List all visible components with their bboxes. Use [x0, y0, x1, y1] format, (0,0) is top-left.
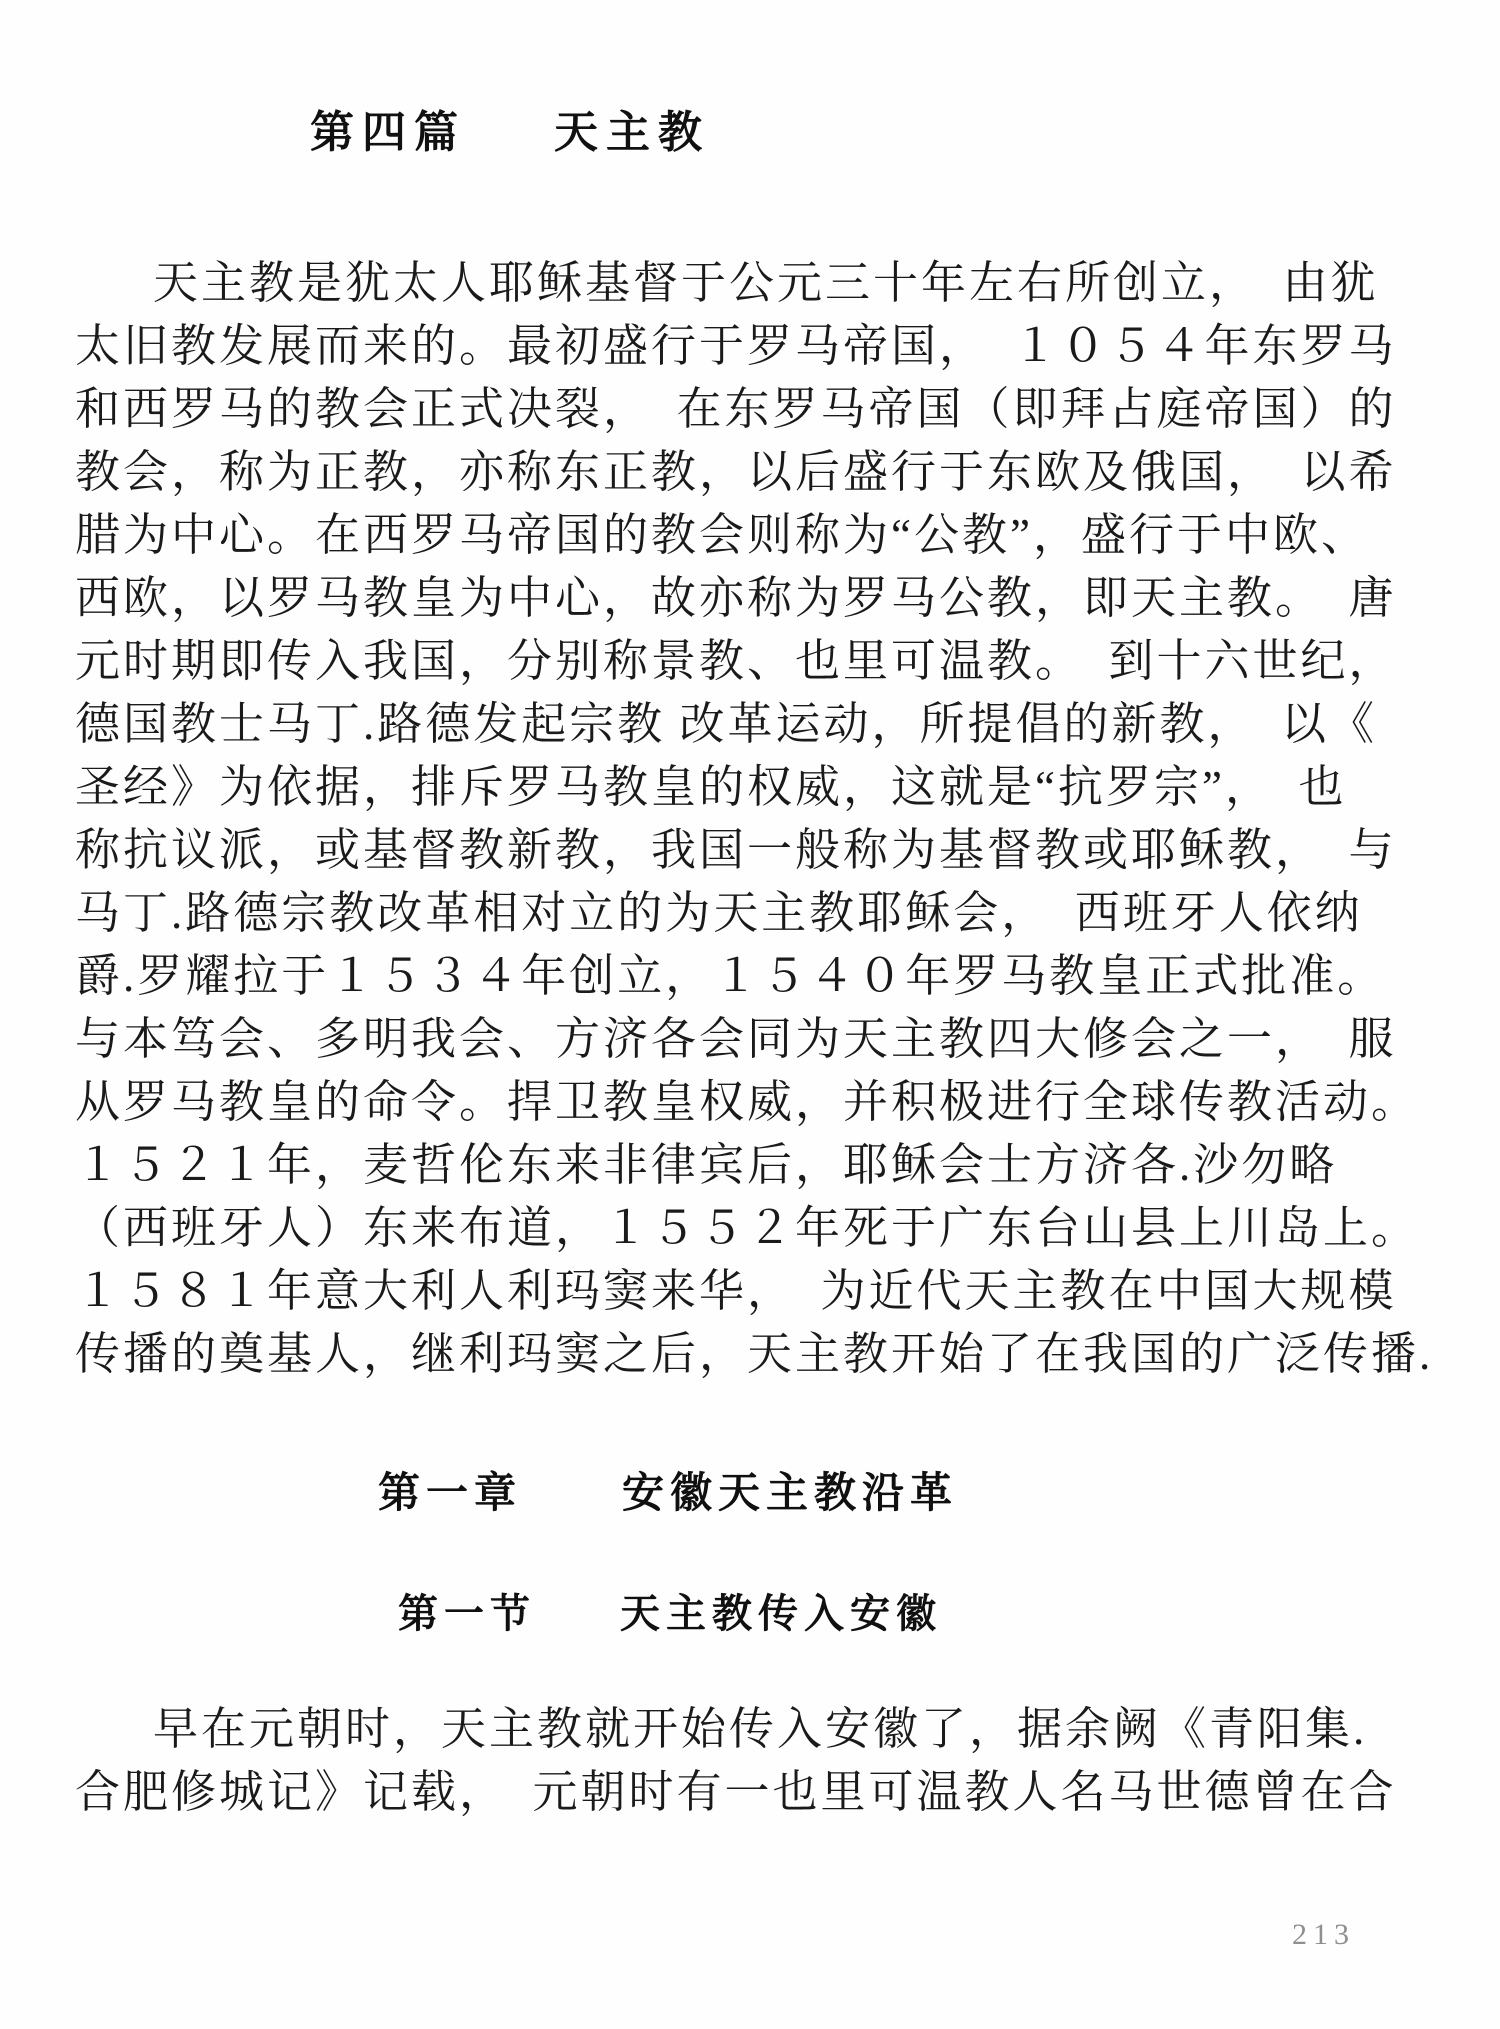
paragraph-line: 爵.罗耀拉于１５３４年创立，１５４０年罗马教皇正式批准。	[75, 945, 1465, 1008]
paragraph-line: 圣经》为依据，排斥罗马教皇的权威，这就是“抗罗宗”， 也	[75, 756, 1465, 819]
scanned-book-page: 第四篇 天主教 天主教是犹太人耶稣基督于公元三十年左右所创立， 由犹 太旧教发展…	[0, 0, 1500, 2029]
paragraph-line: 元时期即传入我国，分别称景教、也里可温教。 到十六世纪，	[75, 630, 1465, 693]
section-heading: 第一节 天主教传入安徽	[398, 1582, 942, 1639]
paragraph-line: 德国教士马丁.路德发起宗教 改革运动，所提倡的新教， 以《	[75, 693, 1465, 756]
part-number: 第四篇	[310, 96, 466, 160]
paragraph-line: 早在元朝时，天主教就开始传入安徽了，据余阙《青阳集.	[75, 1698, 1465, 1761]
paragraph-line: 天主教是犹太人耶稣基督于公元三十年左右所创立， 由犹	[75, 252, 1465, 315]
paragraph-line: 和西罗马的教会正式决裂， 在东罗马帝国（即拜占庭帝国）的	[75, 378, 1465, 441]
part-title-text: 天主教	[554, 96, 710, 160]
paragraph-line: 马丁.路德宗教改革相对立的为天主教耶稣会， 西班牙人依纳	[75, 882, 1465, 945]
page-number: 213	[1292, 1918, 1355, 1952]
chapter-title-text: 安徽天主教沿革	[622, 1460, 958, 1520]
chapter-number: 第一章	[378, 1460, 522, 1520]
intro-paragraph: 天主教是犹太人耶稣基督于公元三十年左右所创立， 由犹 太旧教发展而来的。最初盛行…	[75, 252, 1465, 1386]
paragraph-line: 传播的奠基人，继利玛窦之后，天主教开始了在我国的广泛传播.	[75, 1323, 1465, 1386]
paragraph-line: 腊为中心。在西罗马帝国的教会则称为“公教”，盛行于中欧、	[75, 504, 1465, 567]
section-number: 第一节	[398, 1582, 536, 1639]
paragraph-line: 称抗议派，或基督教新教，我国一般称为基督教或耶稣教， 与	[75, 819, 1465, 882]
section-body-paragraph: 早在元朝时，天主教就开始传入安徽了，据余阙《青阳集. 合肥修城记》记载， 元朝时…	[75, 1698, 1465, 1824]
section-title-text: 天主教传入安徽	[620, 1582, 942, 1639]
part-title: 第四篇 天主教	[310, 96, 710, 160]
paragraph-line: 教会，称为正教，亦称东正教，以后盛行于东欧及俄国， 以希	[75, 441, 1465, 504]
paragraph-line: 太旧教发展而来的。最初盛行于罗马帝国， １０５４年东罗马	[75, 315, 1465, 378]
paragraph-line: １５２１年，麦哲伦东来非律宾后，耶稣会士方济各.沙勿略	[75, 1134, 1465, 1197]
paragraph-line: 合肥修城记》记载， 元朝时有一也里可温教人名马世德曾在合	[75, 1761, 1465, 1824]
chapter-heading: 第一章 安徽天主教沿革	[378, 1460, 958, 1520]
paragraph-line: 从罗马教皇的命令。捍卫教皇权威，并积极进行全球传教活动。	[75, 1071, 1465, 1134]
paragraph-line: 西欧，以罗马教皇为中心，故亦称为罗马公教，即天主教。 唐	[75, 567, 1465, 630]
paragraph-line: 与本笃会、多明我会、方济各会同为天主教四大修会之一， 服	[75, 1008, 1465, 1071]
paragraph-line: （西班牙人）东来布道，１５５２年死于广东台山县上川岛上。	[75, 1197, 1465, 1260]
paragraph-line: １５８１年意大利人利玛窦来华， 为近代天主教在中国大规模	[75, 1260, 1465, 1323]
